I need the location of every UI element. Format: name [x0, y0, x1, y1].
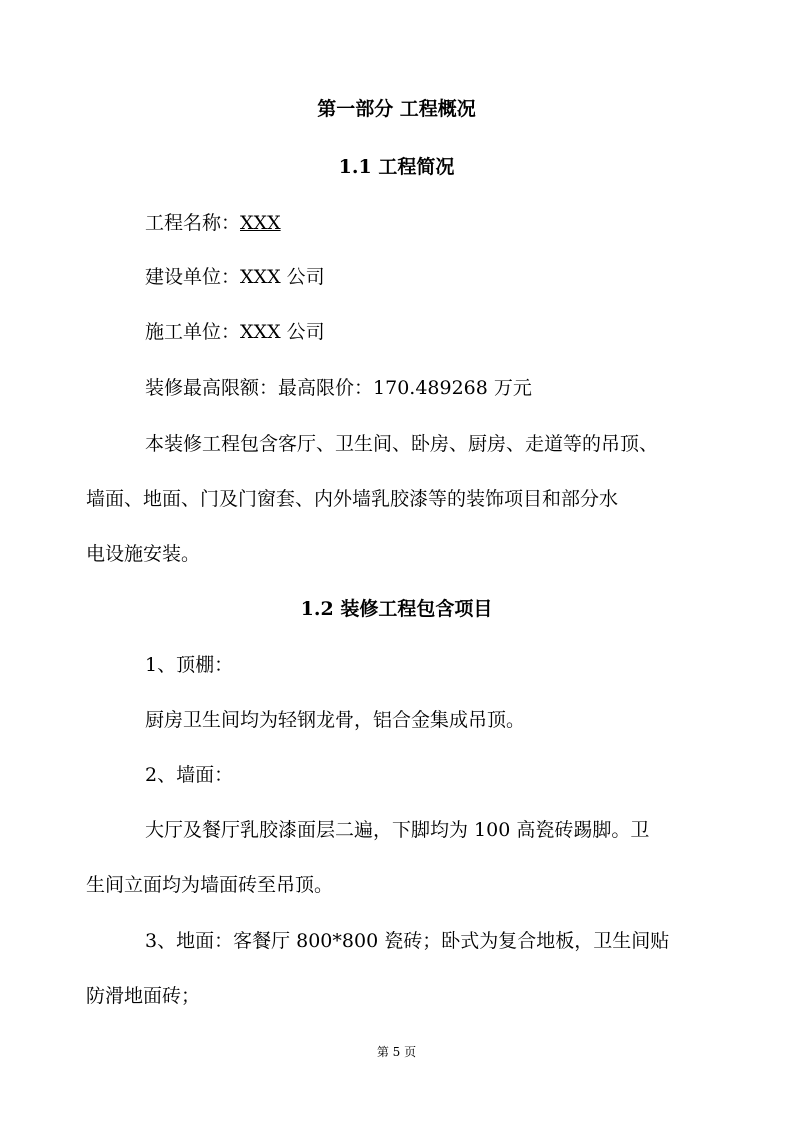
max-limit-label: 装修最高限额： — [145, 377, 278, 399]
item3-text-line-1: 3、地面：客餐厅 800*800 瓷砖；卧式为复合地板，卫生间贴 — [145, 929, 669, 953]
max-limit-value: 最高限价：170.489268 万元 — [278, 377, 532, 399]
scope-paragraph-line-2: 墙面、地面、门及门窗套、内外墙乳胶漆等的装饰项目和部分水 — [86, 487, 618, 511]
project-name-label: 工程名称： — [145, 212, 240, 234]
project-name-row: 工程名称：XXX — [145, 211, 281, 235]
section-heading-1-1: 1.1 工程简况 — [0, 155, 793, 179]
scope-paragraph-line-3: 电设施安装。 — [86, 542, 200, 566]
contractor-label: 施工单位： — [145, 321, 240, 343]
item2-title: 2、墙面： — [145, 763, 233, 787]
item1-text: 厨房卫生间均为轻钢龙骨，铝合金集成吊顶。 — [145, 708, 525, 732]
max-limit-row: 装修最高限额：最高限价：170.489268 万元 — [145, 376, 532, 400]
contractor-row: 施工单位：XXX 公司 — [145, 320, 325, 344]
project-name-value: XXX — [240, 212, 281, 234]
item3-text-line-2: 防滑地面砖； — [86, 984, 200, 1008]
item2-text-line-2: 生间立面均为墙面砖至吊顶。 — [86, 873, 333, 897]
page-number: 第 5 页 — [0, 1043, 793, 1060]
builder-value: XXX 公司 — [240, 266, 325, 288]
item1-title: 1、顶棚： — [145, 653, 233, 677]
section-heading-1-2: 1.2 装修工程包含项目 — [0, 597, 793, 621]
builder-row: 建设单位：XXX 公司 — [145, 265, 325, 289]
part-title: 第一部分 工程概况 — [0, 97, 793, 121]
contractor-value: XXX 公司 — [240, 321, 325, 343]
item2-text-line-1: 大厅及餐厅乳胶漆面层二遍，下脚均为 100 高瓷砖踢脚。卫 — [145, 818, 649, 842]
scope-paragraph-line-1: 本装修工程包含客厅、卫生间、卧房、厨房、走道等的吊顶、 — [145, 432, 658, 456]
document-page: 第一部分 工程概况 1.1 工程简况 工程名称：XXX 建设单位：XXX 公司 … — [0, 0, 793, 1122]
builder-label: 建设单位： — [145, 266, 240, 288]
